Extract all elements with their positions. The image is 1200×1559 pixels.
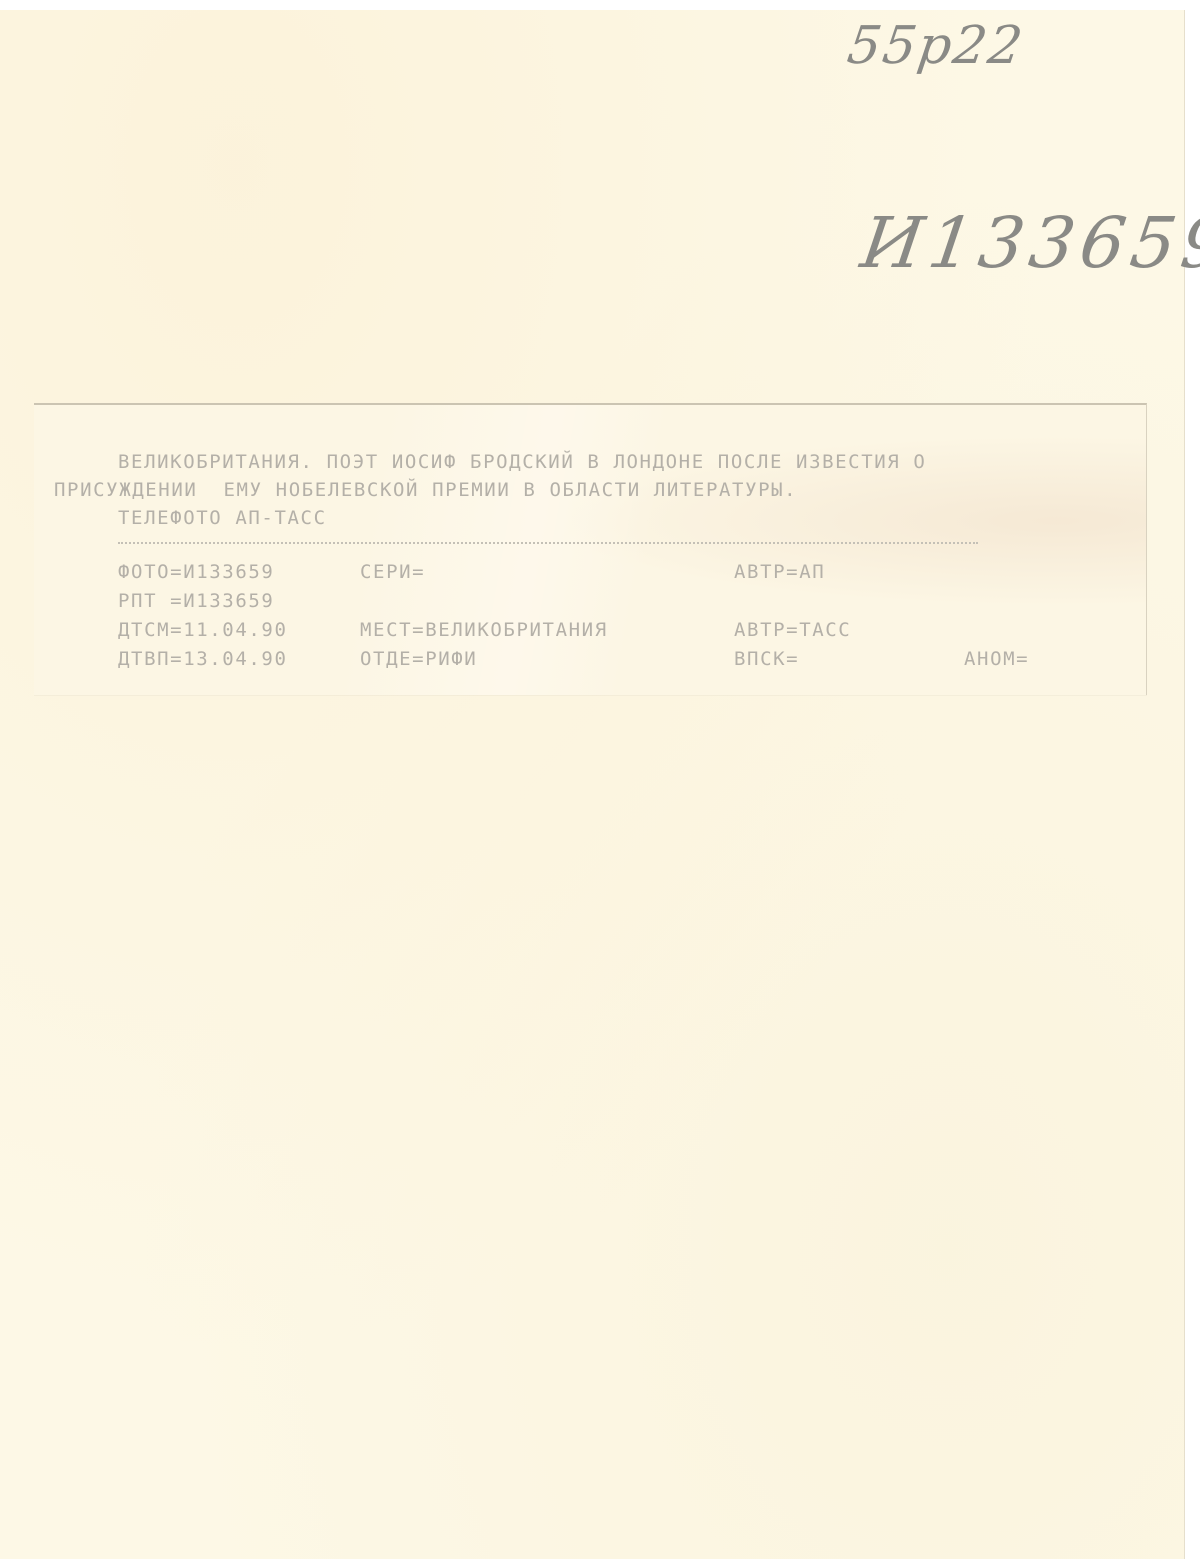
caption-line-2: ПРИСУЖДЕНИИ ЕМУ НОБЕЛЕВСКОЙ ПРЕМИИ В ОБЛ… <box>54 479 797 501</box>
field-dtvp: ДТВП=13.04.90 <box>118 648 288 670</box>
field-anom: АНОМ= <box>964 648 1029 670</box>
handwritten-archive-number: И133659 <box>856 202 1200 284</box>
caption-label: ВЕЛИКОБРИТАНИЯ. ПОЭТ ИОСИФ БРОДСКИЙ В ЛО… <box>34 403 1147 695</box>
field-vpsk: ВПСК= <box>734 648 799 670</box>
dotted-divider <box>118 542 978 544</box>
field-rpt: РПТ =И133659 <box>118 590 274 612</box>
handwritten-note: 55р22 <box>844 16 1028 76</box>
field-foto: ФОТО=И133659 <box>118 561 274 583</box>
caption-line-1: ВЕЛИКОБРИТАНИЯ. ПОЭТ ИОСИФ БРОДСКИЙ В ЛО… <box>118 451 926 473</box>
caption-line-3: ТЕЛЕФОТО АП-ТАСС <box>118 507 327 529</box>
photo-back-sheet: 55р22 И133659 ВЕЛИКОБРИТАНИЯ. ПОЭТ ИОСИФ… <box>0 10 1185 1559</box>
field-otde: ОТДЕ=РИФИ <box>360 648 477 670</box>
field-author-ap: АВТР=АП <box>734 561 825 583</box>
field-dtsm: ДТСМ=11.04.90 <box>118 619 288 641</box>
field-seri: СЕРИ= <box>360 561 425 583</box>
field-mest: МЕСТ=ВЕЛИКОБРИТАНИЯ <box>360 619 608 641</box>
field-author-tass: АВТР=ТАСС <box>734 619 851 641</box>
